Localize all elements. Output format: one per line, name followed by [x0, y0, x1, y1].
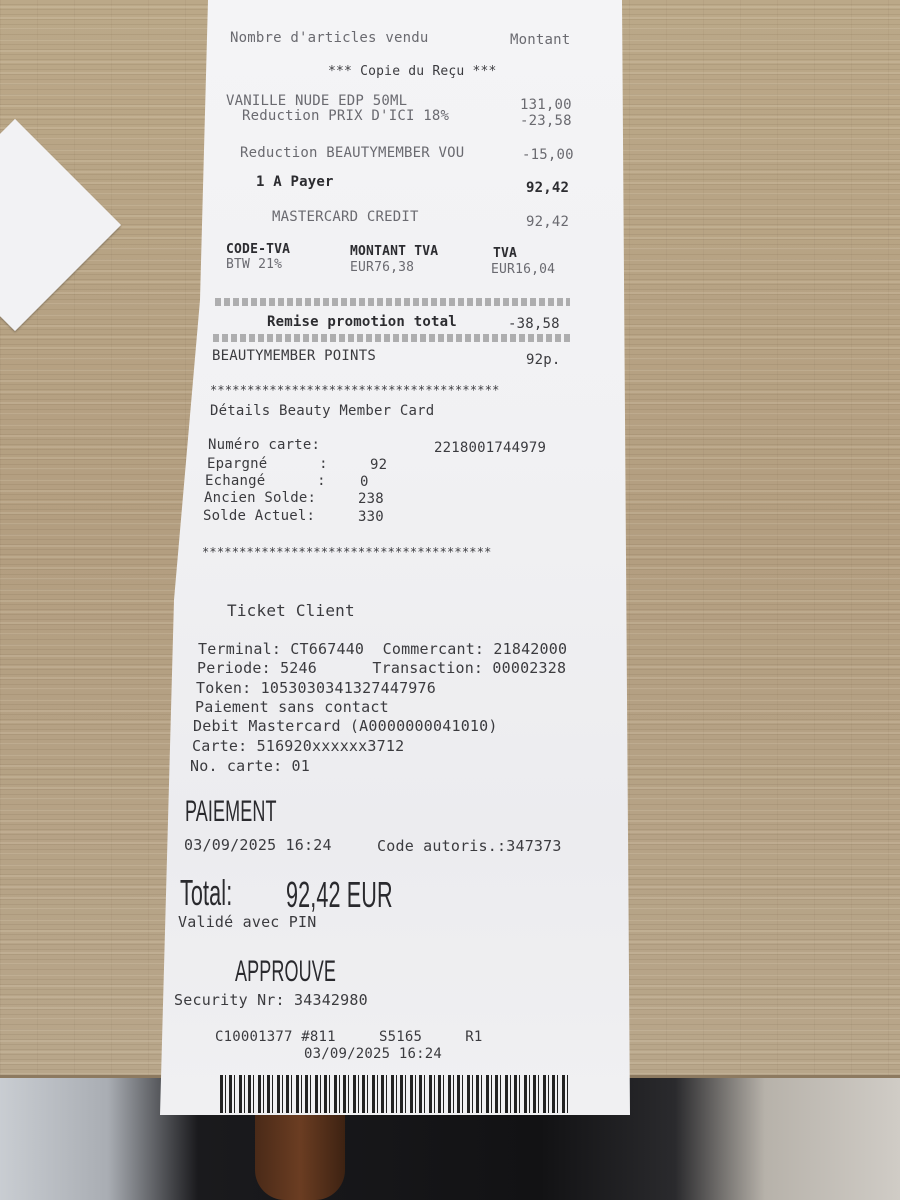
ticket-line: Periode: 5246 Transaction: 00002328	[197, 659, 566, 677]
validated-pin: Validé avec PIN	[178, 913, 316, 931]
header-right: Montant	[510, 32, 570, 48]
promo-total-amount: -38,58	[508, 316, 560, 332]
stars-divider: ***************************************	[210, 383, 500, 397]
member-row-label: Epargné :	[207, 456, 328, 472]
separator	[215, 298, 570, 306]
payment-method-amount: 92,42	[526, 214, 569, 230]
approved-status: APPROUVE	[235, 955, 336, 989]
points-value: 92p.	[526, 352, 561, 368]
footer-codes: C10001377 #811 S5165 R1	[215, 1029, 483, 1045]
member-row-label: Solde Actuel:	[203, 508, 315, 524]
member-row-value: 330	[358, 509, 384, 525]
footer-datetime: 03/09/2025 16:24	[304, 1046, 442, 1062]
total-value: 92,42 EUR	[286, 874, 393, 916]
ticket-title: Ticket Client	[227, 601, 355, 620]
payment-method-label: MASTERCARD CREDIT	[272, 209, 419, 225]
header-left: Nombre d'articles vendu	[230, 30, 428, 46]
to-pay-amount: 92,42	[526, 180, 569, 196]
member-card-title: Détails Beauty Member Card	[210, 403, 434, 419]
member-row-label: Ancien Solde:	[204, 490, 316, 506]
total-label: Total:	[180, 872, 232, 914]
vat-header: TVA	[493, 246, 517, 261]
member-row-value: 238	[358, 491, 384, 507]
to-pay-label: 1 A Payer	[256, 174, 334, 190]
member-row-label: Echangé :	[205, 473, 326, 489]
item-amount: 131,00	[520, 97, 572, 113]
member-row-value: 0	[360, 474, 369, 490]
vat-header: CODE-TVA	[226, 242, 290, 257]
points-label: BEAUTYMEMBER POINTS	[212, 348, 376, 364]
payment-datetime: 03/09/2025 16:24	[184, 836, 332, 854]
vat-amount: EUR16,04	[491, 262, 555, 277]
ticket-line: Paiement sans contact	[195, 698, 389, 716]
separator	[213, 334, 570, 342]
ticket-line: No. carte: 01	[190, 757, 310, 775]
ticket-line: Debit Mastercard (A0000000041010)	[193, 717, 498, 735]
promo-total-label: Remise promotion total	[267, 314, 457, 330]
item-amount: -23,58	[520, 113, 572, 129]
vat-code: BTW 21%	[226, 257, 282, 272]
stars-divider: ***************************************	[202, 545, 492, 559]
vat-header: MONTANT TVA	[350, 244, 438, 259]
vat-base: EUR76,38	[350, 260, 414, 275]
card-number-label: Numéro carte:	[208, 437, 320, 453]
ticket-line: Token: 1053030341327447976	[196, 679, 436, 697]
receipt: Nombre d'articles vendu Montant *** Copi…	[160, 0, 630, 1115]
item-label: Reduction PRIX D'ICI 18%	[242, 108, 449, 124]
ticket-line: Terminal: CT667440 Commercant: 21842000	[198, 640, 567, 658]
auth-code: Code autoris.:347373	[377, 837, 562, 855]
security-number: Security Nr: 34342980	[174, 991, 368, 1009]
item-label: Reduction BEAUTYMEMBER VOU	[240, 145, 464, 161]
item-amount: -15,00	[522, 147, 574, 163]
member-row-value: 92	[370, 457, 387, 473]
card-number: 2218001744979	[434, 440, 546, 456]
item-label: VANILLE NUDE EDP 50ML	[226, 93, 407, 109]
ticket-line: Carte: 516920xxxxxx3712	[192, 737, 404, 755]
barcode	[220, 1075, 570, 1113]
copy-title: *** Copie du Reçu ***	[328, 64, 497, 79]
payment-title: PAIEMENT	[185, 795, 277, 829]
